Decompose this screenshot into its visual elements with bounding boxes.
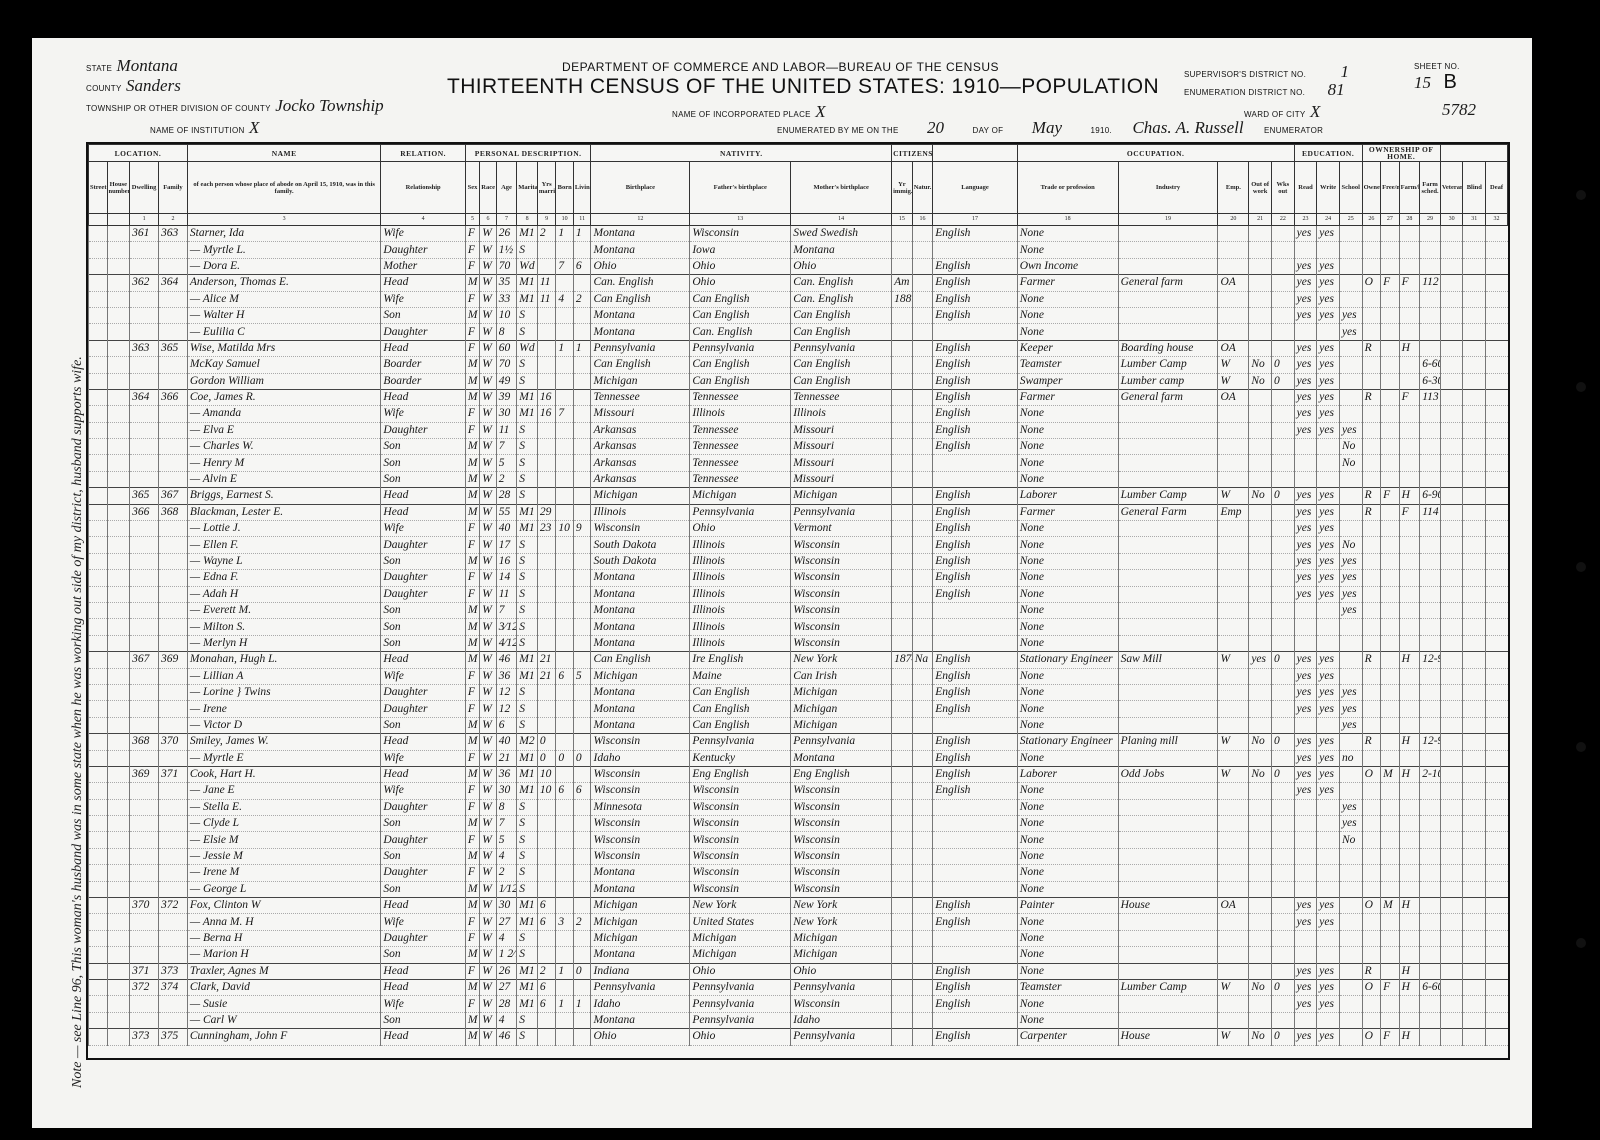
cell-empty (1463, 324, 1486, 340)
cell-dw (130, 357, 159, 373)
cell-wks (1271, 275, 1294, 291)
cell-fm (1381, 537, 1400, 553)
cell-mbp: Missouri (791, 455, 892, 471)
cell-write (1317, 635, 1340, 651)
cell-own (1362, 881, 1381, 897)
cell-sched (1420, 1012, 1441, 1028)
cell-ind: House (1118, 1029, 1218, 1045)
cell-read (1294, 799, 1317, 815)
cell-fm (1381, 865, 1400, 881)
cell-read: yes (1294, 553, 1317, 569)
cell-empty (1486, 684, 1508, 700)
cell-mbp: Idaho (791, 1012, 892, 1028)
cell-living (573, 717, 591, 733)
cell-mar: S (517, 324, 538, 340)
cell-sex: F (465, 832, 479, 848)
cell-fam (159, 816, 188, 832)
cell-lang: English (933, 537, 1017, 553)
cell-read: yes (1294, 307, 1317, 323)
cell-school: No (1339, 832, 1362, 848)
cell-dw (130, 242, 159, 258)
cell-write (1317, 799, 1340, 815)
cell-bp: Montana (591, 570, 690, 586)
cell-race: W (480, 471, 496, 487)
cell-mbp: Michigan (791, 488, 892, 504)
cell-dw (130, 865, 159, 881)
cell-own (1362, 750, 1381, 766)
cell-yrs (537, 471, 556, 487)
cell-sched (1420, 750, 1441, 766)
cell-sched (1420, 537, 1441, 553)
cell-empty (1440, 766, 1463, 782)
cell-school (1339, 619, 1362, 635)
cell-mbp: Montana (791, 242, 892, 258)
cell-occ: Laborer (1017, 766, 1118, 782)
cell-read (1294, 832, 1317, 848)
cell-age: 12 (496, 684, 517, 700)
cell-name: Smiley, James W. (187, 734, 381, 750)
table-row: — Henry MSonMW5SArkansasTennesseeMissour… (89, 455, 1508, 471)
cell-rel: Head (381, 488, 465, 504)
cell-sex: M (465, 635, 479, 651)
cell-own: O (1362, 979, 1381, 995)
cell-emp (1218, 422, 1249, 438)
cell-school (1339, 848, 1362, 864)
cell-wks (1271, 439, 1294, 455)
cell-empty (1440, 537, 1463, 553)
cell-living (573, 389, 591, 405)
cell-out (1249, 570, 1272, 586)
cell-sched: 6-600 (1420, 357, 1441, 373)
cell-mbp: Wisconsin (791, 881, 892, 897)
cell-born (556, 602, 574, 618)
col-mother-birthplace: Mother's birthplace (791, 162, 892, 214)
cell-mar: M1 (517, 783, 538, 799)
cell-mar: M1 (517, 652, 538, 668)
cell-mar: S (517, 684, 538, 700)
cell-empty (107, 357, 130, 373)
cell-fh (1399, 521, 1420, 537)
cell-imm (892, 898, 913, 914)
cell-empty (107, 635, 130, 651)
cell-empty (1486, 734, 1508, 750)
cell-empty (89, 717, 108, 733)
cell-fbp: Can. English (690, 324, 791, 340)
cell-occ: None (1017, 865, 1118, 881)
cell-ind (1118, 816, 1218, 832)
cell-fh (1399, 996, 1420, 1012)
cell-fh (1399, 684, 1420, 700)
cell-race: W (480, 734, 496, 750)
cell-fam (159, 537, 188, 553)
cell-out (1249, 717, 1272, 733)
cell-ind: Lumber Camp (1118, 979, 1218, 995)
cell-dw (130, 586, 159, 602)
cell-read: yes (1294, 652, 1317, 668)
column-number: 24 (1317, 214, 1340, 226)
cell-imm (892, 553, 913, 569)
cell-mar: S (517, 1012, 538, 1028)
cell-fm (1381, 930, 1400, 946)
cell-race: W (480, 1029, 496, 1045)
cell-emp (1218, 799, 1249, 815)
cell-nat (912, 455, 933, 471)
cell-fm (1381, 947, 1400, 963)
cell-empty (1463, 701, 1486, 717)
cell-age: 55 (496, 504, 517, 520)
cell-emp (1218, 816, 1249, 832)
cell-age: 28 (496, 996, 517, 1012)
cell-out (1249, 422, 1272, 438)
cell-fam (159, 832, 188, 848)
cell-fam (159, 848, 188, 864)
cell-fbp: Wisconsin (690, 881, 791, 897)
cell-empty (107, 275, 130, 291)
cell-nat (912, 553, 933, 569)
cell-own (1362, 865, 1381, 881)
punch-hole (1576, 382, 1586, 392)
column-number: 7 (496, 214, 517, 226)
cell-nat (912, 242, 933, 258)
cell-dw (130, 832, 159, 848)
cell-name: — Jane E (187, 783, 381, 799)
cell-read: yes (1294, 340, 1317, 356)
cell-rel: Wife (381, 226, 465, 242)
cell-lang: English (933, 291, 1017, 307)
cell-read: yes (1294, 406, 1317, 422)
cell-fm (1381, 848, 1400, 864)
section-nativity: NATIVITY. (591, 145, 892, 162)
cell-name: Monahan, Hugh L. (187, 652, 381, 668)
cell-fh: H (1399, 1029, 1420, 1045)
cell-occ: None (1017, 455, 1118, 471)
column-number: 16 (912, 214, 933, 226)
cell-fam (159, 717, 188, 733)
cell-mar: M1 (517, 996, 538, 1012)
cell-empty (1463, 963, 1486, 979)
cell-fm (1381, 783, 1400, 799)
cell-rel: Daughter (381, 537, 465, 553)
cell-empty (1486, 963, 1508, 979)
cell-empty (89, 947, 108, 963)
cell-race: W (480, 963, 496, 979)
cell-school (1339, 783, 1362, 799)
cell-read: yes (1294, 766, 1317, 782)
cell-occ: None (1017, 963, 1118, 979)
cell-wks (1271, 930, 1294, 946)
cell-write: yes (1317, 914, 1340, 930)
cell-bp: Arkansas (591, 455, 690, 471)
cell-empty (1486, 488, 1508, 504)
cell-rel: Wife (381, 914, 465, 930)
cell-occ: None (1017, 750, 1118, 766)
cell-empty (1440, 226, 1463, 242)
cell-name: McKay Samuel (187, 357, 381, 373)
cell-fbp: Ire English (690, 652, 791, 668)
cell-living (573, 406, 591, 422)
cell-dw (130, 406, 159, 422)
cell-fam: 371 (159, 766, 188, 782)
cell-wks (1271, 963, 1294, 979)
cell-dw: 373 (130, 1029, 159, 1045)
cell-fam (159, 307, 188, 323)
cell-fam (159, 291, 188, 307)
cell-lang: English (933, 488, 1017, 504)
cell-bp: Pennsylvania (591, 340, 690, 356)
cell-read: yes (1294, 291, 1317, 307)
cell-fm (1381, 307, 1400, 323)
cell-yrs: 0 (537, 750, 556, 766)
cell-sched (1420, 865, 1441, 881)
cell-empty (107, 570, 130, 586)
state-value: Montana (117, 56, 178, 75)
cell-own (1362, 635, 1381, 651)
cell-empty (89, 750, 108, 766)
cell-rel: Son (381, 307, 465, 323)
cell-wks (1271, 553, 1294, 569)
cell-nat (912, 750, 933, 766)
cell-sched (1420, 226, 1441, 242)
cell-fam (159, 947, 188, 963)
cell-nat (912, 340, 933, 356)
cell-fh (1399, 717, 1420, 733)
cell-fbp: Tennessee (690, 389, 791, 405)
cell-dw (130, 1012, 159, 1028)
cell-empty (1486, 570, 1508, 586)
cell-mbp: Montana (791, 750, 892, 766)
cell-nat (912, 1029, 933, 1045)
cell-empty (89, 504, 108, 520)
cell-name: — Victor D (187, 717, 381, 733)
cell-fam (159, 996, 188, 1012)
cell-mbp: Can Irish (791, 668, 892, 684)
cell-mbp: Wisconsin (791, 570, 892, 586)
cell-born (556, 848, 574, 864)
cell-wks (1271, 340, 1294, 356)
column-number: 26 (1362, 214, 1381, 226)
cell-bp: Wisconsin (591, 521, 690, 537)
cell-dw (130, 553, 159, 569)
cell-name: — Marion H (187, 947, 381, 963)
cell-fm: F (1381, 488, 1400, 504)
cell-ind: Planing mill (1118, 734, 1218, 750)
cell-name: — Jessie M (187, 848, 381, 864)
cell-nat (912, 471, 933, 487)
cell-empty (1463, 996, 1486, 1012)
cell-rel: Wife (381, 291, 465, 307)
cell-sex: F (465, 668, 479, 684)
cell-lang: English (933, 373, 1017, 389)
cell-empty (1486, 324, 1508, 340)
cell-rel: Head (381, 1029, 465, 1045)
cell-nat (912, 799, 933, 815)
cell-read: yes (1294, 734, 1317, 750)
cell-fm (1381, 1012, 1400, 1028)
cell-rel: Head (381, 766, 465, 782)
col-write: Write (1317, 162, 1340, 214)
cell-sex: M (465, 389, 479, 405)
cell-race: W (480, 1012, 496, 1028)
cell-fh: H (1399, 766, 1420, 782)
cell-fam: 366 (159, 389, 188, 405)
cell-wks (1271, 291, 1294, 307)
cell-empty (107, 979, 130, 995)
cell-race: W (480, 602, 496, 618)
cell-sex: F (465, 586, 479, 602)
cell-sched: 2-100 (1420, 766, 1441, 782)
cell-rel: Daughter (381, 324, 465, 340)
cell-dw (130, 701, 159, 717)
cell-wks (1271, 226, 1294, 242)
cell-race: W (480, 406, 496, 422)
state-field: State Montana (86, 56, 178, 76)
cell-read (1294, 848, 1317, 864)
cell-rel: Wife (381, 996, 465, 1012)
cell-write (1317, 602, 1340, 618)
cell-read: yes (1294, 422, 1317, 438)
cell-emp (1218, 439, 1249, 455)
cell-empty (89, 226, 108, 242)
cell-bp: Montana (591, 865, 690, 881)
cell-empty (1463, 504, 1486, 520)
cell-imm (892, 832, 913, 848)
cell-wks: 0 (1271, 766, 1294, 782)
cell-sched: 113 (1420, 389, 1441, 405)
cell-ind (1118, 783, 1218, 799)
cell-name: Cunningham, John F (187, 1029, 381, 1045)
cell-sched: 6-900 (1420, 488, 1441, 504)
cell-ind (1118, 635, 1218, 651)
cell-nat (912, 422, 933, 438)
cell-yrs: 29 (537, 504, 556, 520)
cell-out (1249, 471, 1272, 487)
cell-school: yes (1339, 422, 1362, 438)
column-number: 19 (1118, 214, 1218, 226)
cell-mar: S (517, 307, 538, 323)
column-number: 31 (1463, 214, 1486, 226)
cell-out (1249, 455, 1272, 471)
cell-own (1362, 291, 1381, 307)
cell-bp: Can. English (591, 275, 690, 291)
cell-fh (1399, 750, 1420, 766)
cell-occ: None (1017, 684, 1118, 700)
cell-age: 6 (496, 717, 517, 733)
cell-mbp: Pennsylvania (791, 340, 892, 356)
cell-imm (892, 799, 913, 815)
cell-empty (1463, 291, 1486, 307)
cell-ind (1118, 226, 1218, 242)
cell-school: yes (1339, 307, 1362, 323)
cell-fam (159, 635, 188, 651)
cell-sched (1420, 799, 1441, 815)
cell-out: No (1249, 734, 1272, 750)
cell-mar: S (517, 537, 538, 553)
cell-mbp: Michigan (791, 717, 892, 733)
cell-yrs: 11 (537, 291, 556, 307)
township-value: Jocko Township (275, 96, 383, 115)
cell-race: W (480, 553, 496, 569)
cell-mbp: Can English (791, 357, 892, 373)
cell-empty (89, 537, 108, 553)
township-label: Township or other division of county (86, 104, 271, 113)
table-row: — Elsie MDaughterFW5SWisconsinWisconsinW… (89, 832, 1508, 848)
cell-living: 1 (573, 996, 591, 1012)
cell-emp (1218, 258, 1249, 274)
cell-fbp: Illinois (690, 553, 791, 569)
col-naturalized: Natur. (912, 162, 933, 214)
cell-imm (892, 668, 913, 684)
cell-imm (892, 848, 913, 864)
cell-fam: 365 (159, 340, 188, 356)
cell-empty (1463, 553, 1486, 569)
sheet-field: Sheet No. 15 B (1414, 62, 1460, 94)
cell-fbp: Michigan (690, 947, 791, 963)
cell-ind: Lumber camp (1118, 373, 1218, 389)
cell-empty (107, 1012, 130, 1028)
cell-empty (107, 504, 130, 520)
cell-fh (1399, 701, 1420, 717)
cell-mbp: Wisconsin (791, 832, 892, 848)
cell-empty (89, 406, 108, 422)
cell-living (573, 422, 591, 438)
cell-wks (1271, 635, 1294, 651)
cell-empty (89, 930, 108, 946)
cell-lang: English (933, 439, 1017, 455)
cell-race: W (480, 504, 496, 520)
cell-living (573, 455, 591, 471)
cell-fbp: Pennsylvania (690, 734, 791, 750)
cell-school (1339, 1012, 1362, 1028)
cell-race: W (480, 324, 496, 340)
cell-fm (1381, 357, 1400, 373)
cell-empty (89, 242, 108, 258)
cell-empty (1440, 504, 1463, 520)
col-read: Read (1294, 162, 1317, 214)
cell-empty (1463, 799, 1486, 815)
cell-fbp: Illinois (690, 406, 791, 422)
cell-nat (912, 717, 933, 733)
cell-ind (1118, 521, 1218, 537)
enumerated-label: Enumerated by me on the (777, 126, 899, 135)
cell-name: Clark, David (187, 979, 381, 995)
cell-fm (1381, 619, 1400, 635)
column-number: 5 (465, 214, 479, 226)
month-value: May (1032, 118, 1062, 137)
cell-ind (1118, 963, 1218, 979)
cell-dw (130, 635, 159, 651)
cell-ind (1118, 455, 1218, 471)
cell-write (1317, 832, 1340, 848)
cell-imm (892, 963, 913, 979)
cell-empty (1463, 848, 1486, 864)
cell-yrs: 6 (537, 996, 556, 1012)
cell-sched (1420, 963, 1441, 979)
cell-own (1362, 373, 1381, 389)
cell-race: W (480, 898, 496, 914)
cell-empty (107, 914, 130, 930)
table-row: 361363Starner, IdaWifeFW26M1211MontanaWi… (89, 226, 1508, 242)
cell-rel: Son (381, 947, 465, 963)
cell-fm (1381, 389, 1400, 405)
cell-fh (1399, 619, 1420, 635)
cell-wks (1271, 783, 1294, 799)
cell-imm (892, 766, 913, 782)
cell-name: Traxler, Agnes M (187, 963, 381, 979)
cell-out (1249, 521, 1272, 537)
cell-dw (130, 455, 159, 471)
cell-occ: None (1017, 881, 1118, 897)
cell-own (1362, 471, 1381, 487)
